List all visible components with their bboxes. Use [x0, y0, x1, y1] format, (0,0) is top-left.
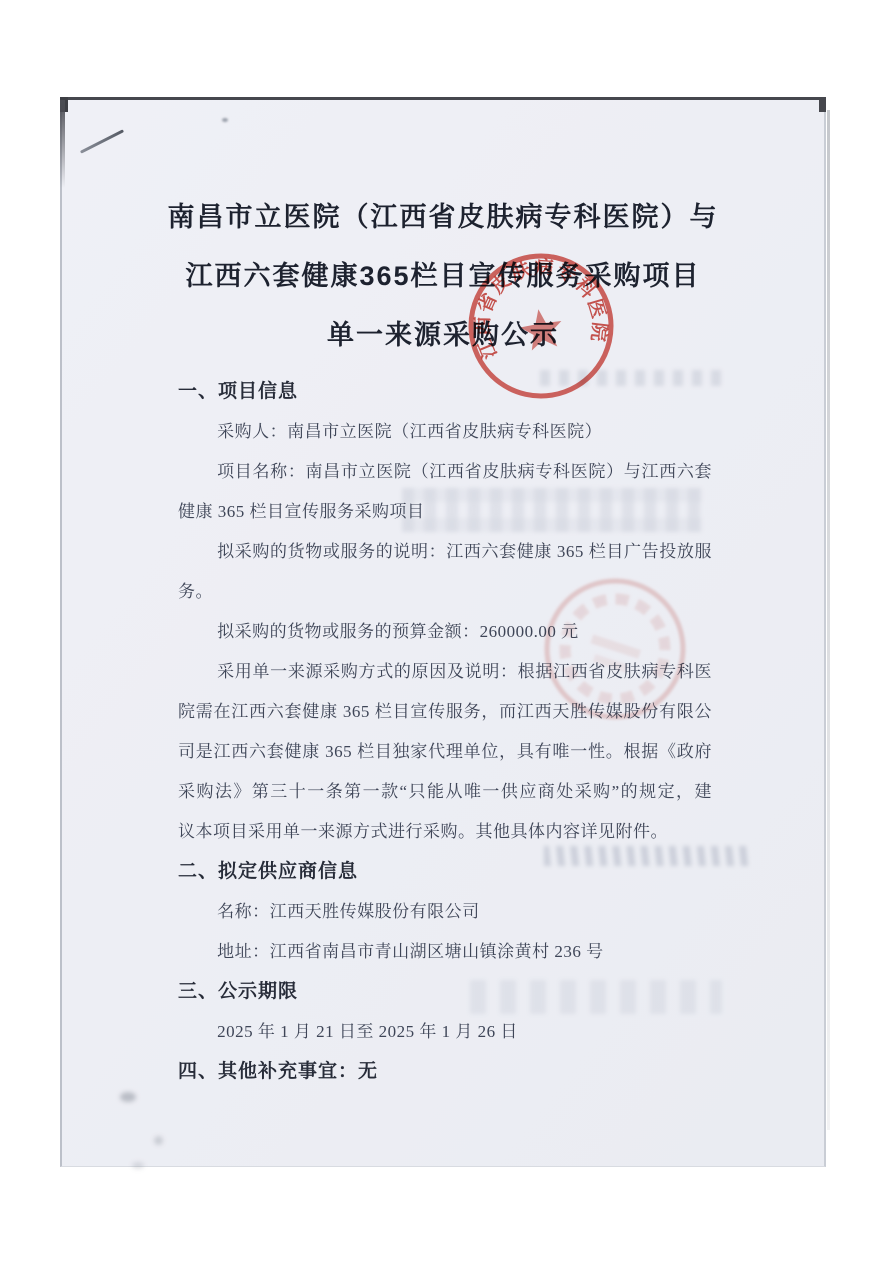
official-seal: 江西省皮肤病专科医院	[441, 226, 640, 425]
scan-speck	[222, 118, 228, 122]
seal-arc-text: 江西省皮肤病专科医院	[461, 245, 615, 366]
section-heading-supplier-info: 二、拟定供应商信息	[178, 852, 712, 892]
bleedthrough-seal-center-mark	[593, 654, 628, 672]
scan-edge-shadow	[60, 100, 65, 188]
scan-smudge	[132, 1162, 144, 1169]
section-heading-other-matters: 四、其他补充事宜：无	[178, 1052, 712, 1092]
document-line-period-dates: 2025 年 1 月 21 日至 2025 年 1 月 26 日	[178, 1012, 712, 1052]
document-line-project-name-cont: 健康 365 栏目宣传服务采购项目	[178, 492, 712, 532]
document-line-purchaser: 采购人：南昌市立医院（江西省皮肤病专科医院）	[178, 412, 712, 452]
page-edge-shadow	[827, 110, 830, 1130]
scanned-page: 南昌市立医院（江西省皮肤病专科医院）与 江西六套健康365栏目宣传服务采购项目 …	[60, 97, 826, 1167]
document-title-line-3: 单一来源采购公示	[62, 306, 824, 365]
document-line-supplier-address: 地址：江西省南昌市青山湖区塘山镇涂黄村 236 号	[178, 932, 712, 972]
scan-corner-mark-right	[819, 97, 826, 112]
scanned-document-image: { "page": { "background_color": "#ffffff…	[0, 0, 893, 1262]
document-line-supplier-name: 名称：江西天胜传媒股份有限公司	[178, 892, 712, 932]
section-heading-publicity-period: 三、公示期限	[178, 972, 712, 1012]
document-title: 南昌市立医院（江西省皮肤病专科医院）与 江西六套健康365栏目宣传服务采购项目 …	[62, 188, 824, 365]
document-line-reason-4: 采购法》第三十一条第一款“只能从唯一供应商处采购”的规定，建	[178, 772, 712, 812]
bleedthrough-seal-center-mark	[591, 635, 641, 659]
document-line-reason-5: 议本项目采用单一来源方式进行采购。其他具体内容详见附件。	[178, 812, 712, 852]
staple-mark	[80, 129, 124, 153]
document-line-project-name: 项目名称：南昌市立医院（江西省皮肤病专科医院）与江西六套	[178, 452, 712, 492]
seal-star-icon	[518, 306, 566, 352]
scan-smudge	[154, 1136, 163, 1145]
scan-smudge	[120, 1092, 136, 1102]
document-title-line-1: 南昌市立医院（江西省皮肤病专科医院）与	[62, 188, 824, 247]
